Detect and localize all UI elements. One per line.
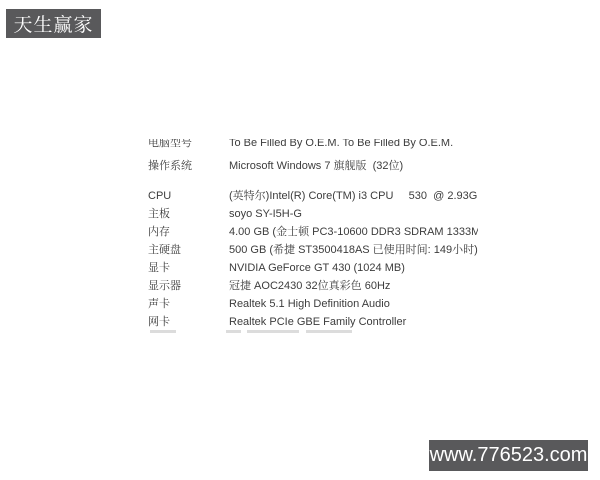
watermark-top-left: 天生赢家	[6, 9, 101, 38]
clipped-row-artifact	[150, 330, 176, 333]
spec-row-hdd: 主硬盘 500 GB (希捷 ST3500418AS 已使用时间: 149小时)	[148, 244, 478, 256]
spec-value: NVIDIA GeForce GT 430 (1024 MB)	[229, 262, 405, 274]
spec-label: 网卡	[148, 316, 229, 328]
spec-label: 显卡	[148, 262, 229, 274]
spec-value: Realtek PCIe GBE Family Controller	[229, 316, 406, 328]
spec-label: 声卡	[148, 298, 229, 310]
spec-label: 主硬盘	[148, 244, 229, 256]
spec-row-gpu: 显卡 NVIDIA GeForce GT 430 (1024 MB)	[148, 262, 478, 274]
spec-value: 500 GB (希捷 ST3500418AS 已使用时间: 149小时)	[229, 244, 478, 256]
spec-value: 4.00 GB (金士顿 PC3-10600 DDR3 SDRAM 1333MH…	[229, 226, 478, 238]
spec-value: Realtek 5.1 High Definition Audio	[229, 298, 390, 310]
spec-value: soyo SY-I5H-G	[229, 208, 302, 220]
watermark-top-left-text: 天生赢家	[13, 10, 93, 37]
spec-label: 显示器	[148, 280, 229, 292]
spec-value: Microsoft Windows 7 旗舰版 (32位)	[229, 160, 403, 172]
spec-label: 操作系统	[148, 160, 229, 172]
spec-label: 电脑型号	[148, 139, 229, 149]
spec-label: CPU	[148, 190, 229, 202]
spec-label: 主板	[148, 208, 229, 220]
spec-panel: 电脑型号 To Be Filled By O.E.M. To Be Filled…	[148, 139, 478, 333]
spec-row-nic: 网卡 Realtek PCIe GBE Family Controller	[148, 316, 478, 328]
spec-row-computer-model: 电脑型号 To Be Filled By O.E.M. To Be Filled…	[148, 139, 478, 149]
clipped-row-artifact	[306, 330, 352, 333]
clipped-row-artifact	[247, 330, 299, 333]
spec-value: To Be Filled By O.E.M. To Be Filled By O…	[229, 139, 453, 149]
spec-row-memory: 内存 4.00 GB (金士顿 PC3-10600 DDR3 SDRAM 133…	[148, 226, 478, 238]
clipped-row-artifact	[226, 330, 241, 333]
spec-row-os: 操作系统 Microsoft Windows 7 旗舰版 (32位)	[148, 160, 478, 172]
watermark-bottom-right-text: www.776523.com	[430, 444, 588, 467]
spec-row-cpu: CPU (英特尔)Intel(R) Core(TM) i3 CPU 530 @ …	[148, 190, 478, 202]
spec-row-monitor: 显示器 冠捷 AOC2430 32位真彩色 60Hz	[148, 280, 478, 292]
watermark-bottom-right: www.776523.com	[429, 440, 588, 471]
spec-value: 冠捷 AOC2430 32位真彩色 60Hz	[229, 280, 390, 292]
page: { "page": { "background": "#ffffff", "te…	[0, 0, 600, 480]
spec-value: (英特尔)Intel(R) Core(TM) i3 CPU 530 @ 2.93…	[229, 190, 478, 202]
spec-row-audio: 声卡 Realtek 5.1 High Definition Audio	[148, 298, 478, 310]
spec-row-motherboard: 主板 soyo SY-I5H-G	[148, 208, 478, 220]
spec-label: 内存	[148, 226, 229, 238]
